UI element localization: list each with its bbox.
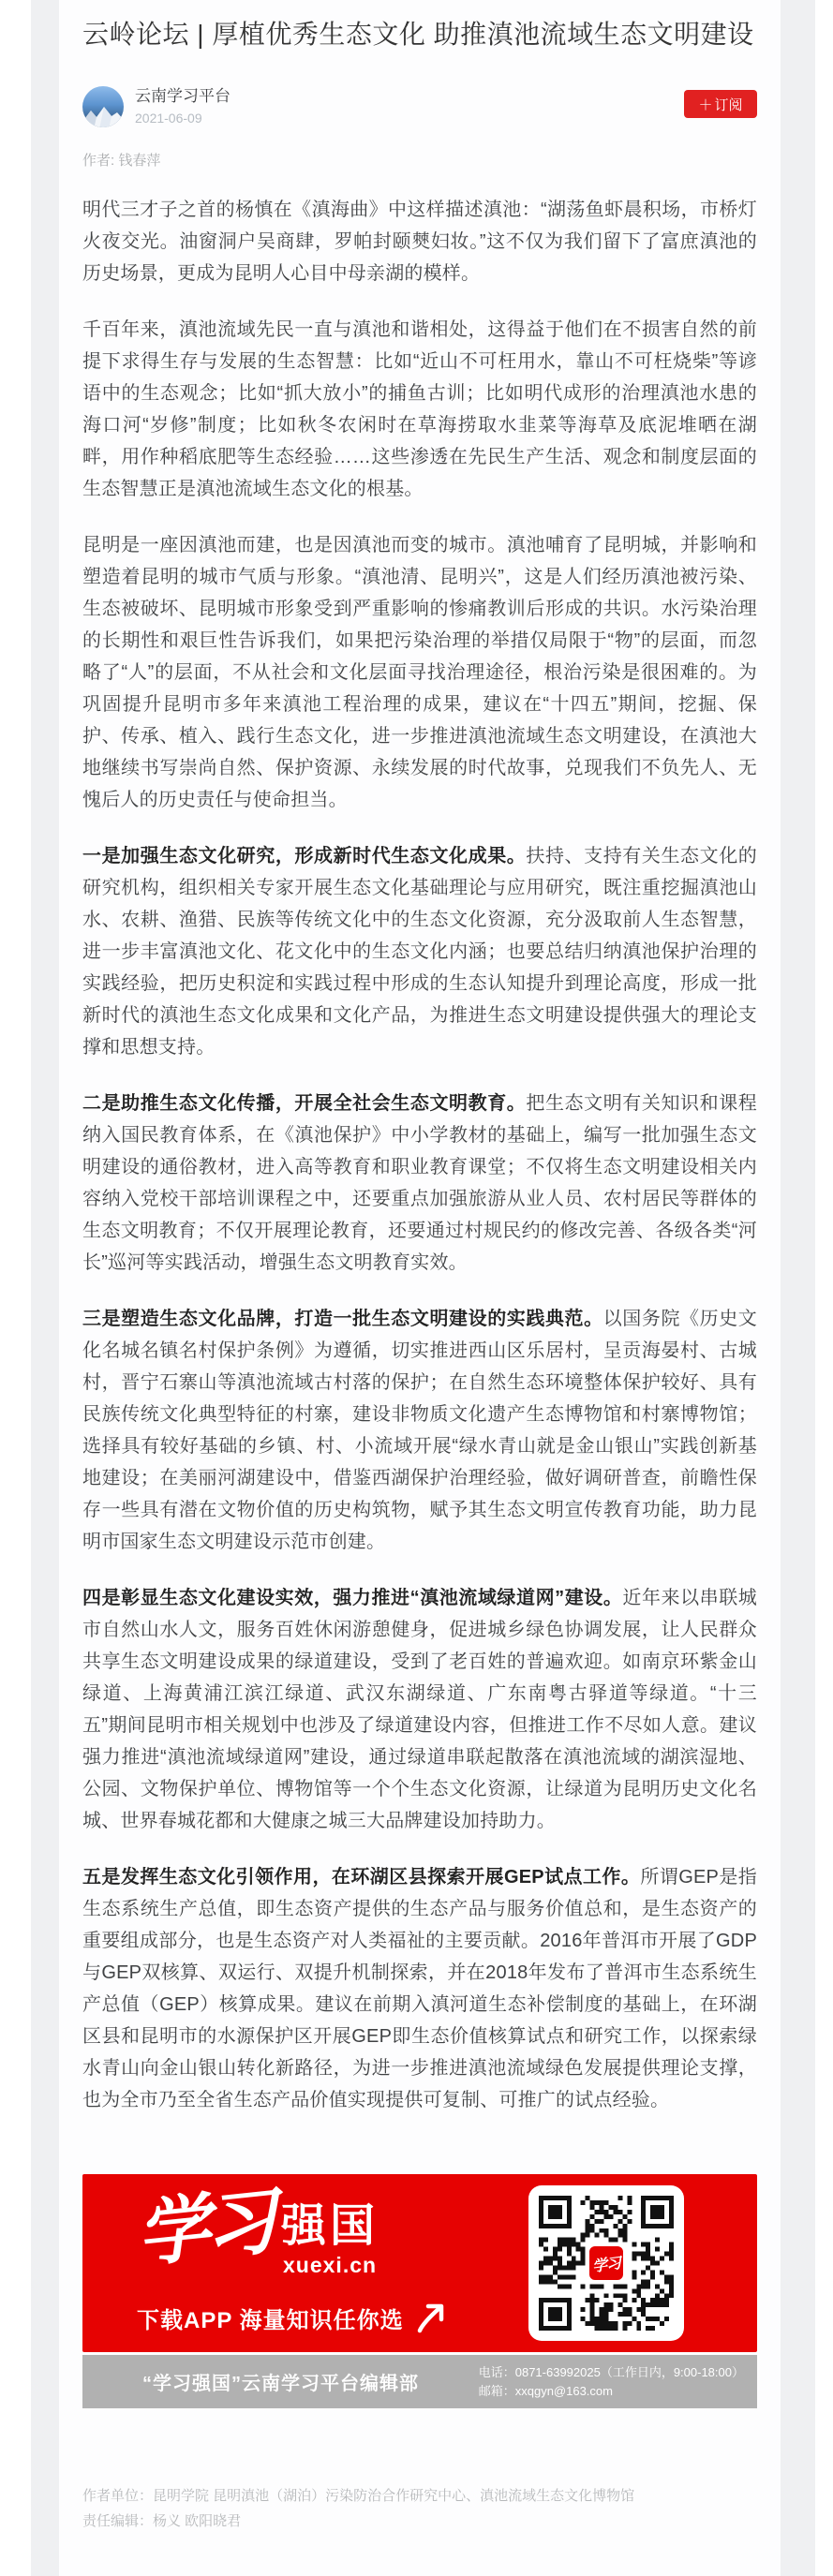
xuexi-logo-block: 强国 bbox=[281, 2202, 379, 2251]
page-title: 云岭论坛 | 厚植优秀生态文化 助推滇池流域生态文明建设 bbox=[82, 17, 757, 52]
banner-slogan-row: 下载APP 海量知识任你选 bbox=[137, 2298, 453, 2337]
contact-phone: 电话：0871-63992025（工作日内，9:00-18:00） bbox=[479, 2363, 744, 2382]
arrow-up-right-icon bbox=[413, 2298, 453, 2337]
banner-slogan: 下载APP 海量知识任你选 bbox=[137, 2302, 404, 2334]
qr-center-logo: 学习 bbox=[587, 2243, 626, 2283]
paragraph-lead-bold: 四是彰显生态文化建设实效，强力推进“滇池流域绿道网”建设。 bbox=[82, 1588, 622, 1608]
xuexi-promo-banner[interactable]: 学习 强国 xuexi.cn 下载APP 海量知识任你选 bbox=[82, 2174, 757, 2352]
contact-email: 邮箱：xxqgyn@163.com bbox=[479, 2382, 744, 2401]
article-paragraph: 昆明是一座因滇池而建，也是因滇池而变的城市。滇池哺育了昆明城，并影响和塑造着昆明… bbox=[82, 529, 757, 816]
publisher-info: 云南学习平台 2021-06-09 bbox=[135, 86, 231, 126]
paragraph-lead-bold: 三是塑造生态文化品牌，打造一批生态文明建设的实践典范。 bbox=[82, 1309, 603, 1329]
xuexi-logo: 学习 强国 xuexi.cn bbox=[137, 2182, 379, 2278]
editor-bar: “学习强国”云南学习平台编辑部 电话：0871-63992025（工作日内，9:… bbox=[82, 2355, 757, 2408]
article-paragraph: 一是加强生态文化研究，形成新时代生态文化成果。扶持、支持有关生态文化的研究机构，… bbox=[82, 840, 757, 1063]
subscribe-button[interactable]: ＋ 订阅 bbox=[684, 90, 757, 118]
xuexi-logo-right: 强国 xuexi.cn bbox=[281, 2202, 379, 2278]
publish-date: 2021-06-09 bbox=[135, 111, 231, 126]
qr-code: 学习 bbox=[528, 2185, 684, 2341]
editor-department: “学习强国”云南学习平台编辑部 bbox=[142, 2368, 419, 2395]
paragraph-lead-bold: 二是助推生态文化传播，开展全社会生态文明教育。 bbox=[82, 1093, 526, 1114]
subscribe-label: 订阅 bbox=[715, 95, 743, 114]
article-footer: 作者单位：昆明学院 昆明滇池（湖泊）污染防治合作研究中心、滇池流域生态文化博物馆… bbox=[82, 2483, 757, 2534]
article-paragraph: 三是塑造生态文化品牌，打造一批生态文明建设的实践典范。以国务院《历史文化名城名镇… bbox=[82, 1303, 757, 1558]
article-body: 明代三才子之首的杨慎在《滇海曲》中这样描述滇池：“湖荡鱼虾晨积场，市桥灯火夜交光… bbox=[82, 194, 757, 2116]
publisher-avatar[interactable] bbox=[82, 86, 124, 127]
editors-line: 责任编辑：杨义 欧阳晓君 bbox=[82, 2509, 757, 2534]
article-paragraph: 明代三才子之首的杨慎在《滇海曲》中这样描述滇池：“湖荡鱼虾晨积场，市桥灯火夜交光… bbox=[82, 194, 757, 289]
publisher-row: 云南学习平台 2021-06-09 ＋ 订阅 bbox=[82, 86, 757, 127]
publisher-name[interactable]: 云南学习平台 bbox=[135, 87, 231, 106]
article-paragraph: 四是彰显生态文化建设实效，强力推进“滇池流域绿道网”建设。近年来以串联城市自然山… bbox=[82, 1582, 757, 1837]
page: { "page": { "title": "云岭论坛 | 厚植优秀生态文化 助推… bbox=[0, 0, 833, 2576]
editor-contact: 电话：0871-63992025（工作日内，9:00-18:00） 邮箱：xxq… bbox=[479, 2363, 744, 2401]
plus-icon: ＋ bbox=[698, 95, 712, 114]
article-paragraph: 千百年来，滇池流域先民一直与滇池和谐相处，这得益于他们在不损害自然的前提下求得生… bbox=[82, 314, 757, 505]
xuexi-logo-script: 学习 bbox=[132, 2175, 276, 2283]
paragraph-lead-bold: 一是加强生态文化研究，形成新时代生态文化成果。 bbox=[82, 846, 526, 866]
article-card: 云岭论坛 | 厚植优秀生态文化 助推滇池流域生态文明建设 云南学习平台 2021… bbox=[59, 0, 781, 2576]
article-paragraph: 五是发挥生态文化引领作用，在环湖区县探索开展GEP试点工作。所谓GEP是指生态系… bbox=[82, 1861, 757, 2116]
mountain-image bbox=[82, 107, 124, 127]
author-line: 作者: 钱春萍 bbox=[82, 150, 757, 170]
xuexi-domain: xuexi.cn bbox=[281, 2253, 379, 2278]
author-unit-line: 作者单位：昆明学院 昆明滇池（湖泊）污染防治合作研究中心、滇池流域生态文化博物馆 bbox=[82, 2483, 757, 2509]
paragraph-lead-bold: 五是发挥生态文化引领作用，在环湖区县探索开展GEP试点工作。 bbox=[82, 1867, 640, 1888]
article-paragraph: 二是助推生态文化传播，开展全社会生态文明教育。把生态文明有关知识和课程纳入国民教… bbox=[82, 1088, 757, 1279]
